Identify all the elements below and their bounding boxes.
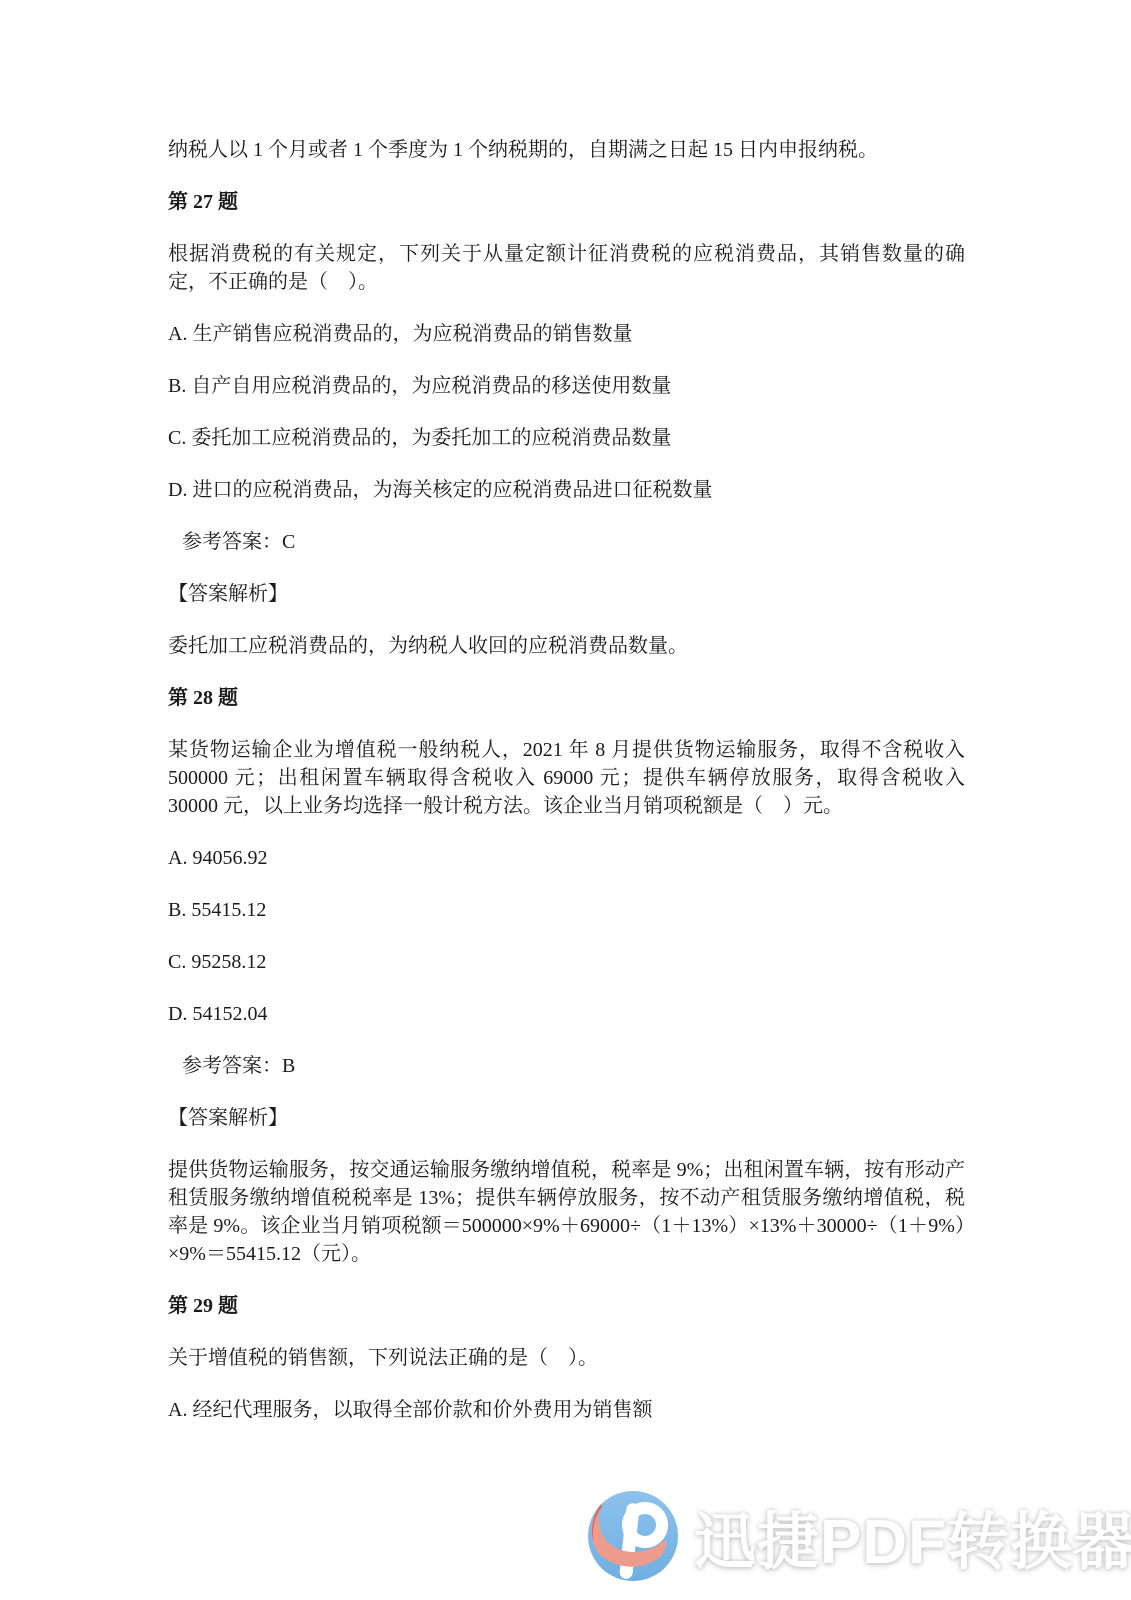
- question-27-option-a: A. 生产销售应税消费品的，为应税消费品的销售数量: [168, 320, 965, 348]
- question-28-heading: 第 28 题: [168, 684, 965, 712]
- question-29-stem: 关于增值税的销售额，下列说法正确的是（ ）。: [168, 1344, 965, 1372]
- question-28-option-c: C. 95258.12: [168, 948, 965, 976]
- question-27-reference-answer: 参考答案：C: [168, 528, 965, 556]
- pdf-converter-watermark: 迅捷PDF转换器: [588, 1491, 1131, 1581]
- question-28-analysis: 提供货物运输服务，按交通运输服务缴纳增值税，税率是 9%；出租闲置车辆，按有形动…: [168, 1156, 965, 1268]
- question-27-analysis: 委托加工应税消费品的，为纳税人收回的应税消费品数量。: [168, 632, 965, 660]
- question-29-option-a: A. 经纪代理服务，以取得全部价款和价外费用为销售额: [168, 1396, 965, 1424]
- question-28-reference-answer: 参考答案：B: [168, 1052, 965, 1080]
- question-27-option-d: D. 进口的应税消费品，为海关核定的应税消费品进口征税数量: [168, 476, 965, 504]
- pdf-converter-logo-icon: [588, 1491, 678, 1581]
- question-27-heading: 第 27 题: [168, 188, 965, 216]
- question-27-option-b: B. 自产自用应税消费品的，为应税消费品的移送使用数量: [168, 372, 965, 400]
- intro-note: 纳税人以 1 个月或者 1 个季度为 1 个纳税期的，自期满之日起 15 日内申…: [168, 136, 965, 164]
- question-27-option-c: C. 委托加工应税消费品的，为委托加工的应税消费品数量: [168, 424, 965, 452]
- pdf-converter-watermark-text: 迅捷PDF转换器: [694, 1492, 1131, 1581]
- question-27-analysis-header: 【答案解析】: [168, 580, 965, 608]
- question-28-option-b: B. 55415.12: [168, 896, 965, 924]
- exam-content: 纳税人以 1 个月或者 1 个季度为 1 个纳税期的，自期满之日起 15 日内申…: [168, 136, 965, 1448]
- question-29-heading: 第 29 题: [168, 1292, 965, 1320]
- question-28-option-d: D. 54152.04: [168, 1000, 965, 1028]
- question-28-analysis-header: 【答案解析】: [168, 1104, 965, 1132]
- document-page: { "intro": { "text": "纳税人以 1 个月或者 1 个季度为…: [0, 0, 1131, 1600]
- question-28-stem: 某货物运输企业为增值税一般纳税人，2021 年 8 月提供货物运输服务，取得不含…: [168, 736, 965, 820]
- question-27-stem: 根据消费税的有关规定，下列关于从量定额计征消费税的应税消费品，其销售数量的确定，…: [168, 240, 965, 296]
- question-28-option-a: A. 94056.92: [168, 844, 965, 872]
